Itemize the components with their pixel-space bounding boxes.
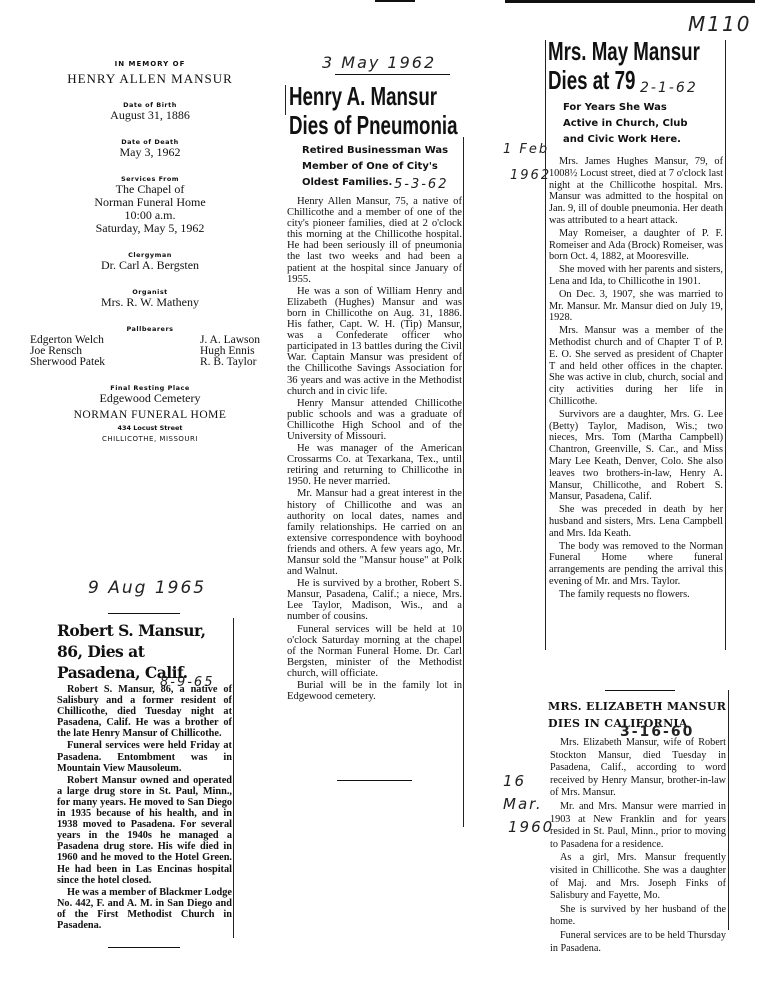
divider	[605, 690, 675, 691]
henry-subhead: Retired Businessman Was Member of One of…	[302, 143, 482, 191]
article-paragraph: Robert Mansur owned and operated a large…	[57, 775, 232, 886]
article-paragraph: She was preceded in death by her husband…	[549, 504, 723, 539]
article-paragraph: Mrs. James Hughes Mansur, 79, of 1008½ L…	[549, 156, 723, 227]
column-rule	[725, 40, 726, 650]
headline-line: Robert S. Mansur,	[57, 620, 237, 641]
pallbearer-name: R. B. Taylor	[200, 357, 260, 368]
handwritten-short-date: 2-1-62	[640, 80, 698, 96]
card-deceased-name: HENRY ALLEN MANSUR	[40, 72, 260, 85]
column-rule	[285, 85, 286, 115]
robert-body: Robert S. Mansur, 86, a native of Salisb…	[57, 684, 232, 932]
article-paragraph: He was manager of the American Crossarms…	[287, 443, 462, 487]
resting-place: Edgewood Cemetery	[40, 392, 260, 405]
subhead-line: Oldest Families.	[302, 175, 482, 191]
headline-line: Dies of Pneumonia	[289, 112, 440, 138]
article-paragraph: As a girl, Mrs. Mansur frequently visite…	[550, 852, 726, 902]
subhead-line: For Years She Was	[563, 100, 723, 116]
card-section-value: Mrs. R. W. Matheny	[40, 296, 260, 309]
subhead-line: and Civic Work Here.	[563, 132, 723, 148]
handwritten-date: Mar.	[503, 795, 543, 813]
handwritten-date: 1960	[508, 818, 554, 836]
headline-line: Henry A. Mansur	[289, 83, 440, 109]
subhead-line: Member of One of City's	[302, 159, 482, 175]
article-paragraph: On Dec. 3, 1907, she was married to Mr. …	[549, 289, 723, 324]
card-section-value: August 31, 1886	[40, 109, 260, 122]
article-paragraph: Funeral services will be held at 10 o'cl…	[287, 624, 462, 679]
robert-clipping: Robert S. Mansur, 86, Dies at Pasadena, …	[57, 620, 237, 683]
article-paragraph: Henry Mansur attended Chillicothe public…	[287, 398, 462, 442]
article-paragraph: Robert S. Mansur, 86, a native of Salisb…	[57, 684, 232, 739]
headline-line: Mrs. May Mansur	[548, 38, 678, 64]
henry-body: Henry Allen Mansur, 75, a native of Chil…	[287, 196, 462, 703]
divider	[335, 74, 450, 75]
pallbearer-name: Sherwood Patek	[30, 357, 105, 368]
handwritten-date: 3 May 1962	[322, 53, 436, 72]
divider	[337, 780, 412, 781]
article-paragraph: The family requests no flowers.	[549, 589, 723, 601]
article-paragraph: Mr. Mansur had a great interest in the h…	[287, 488, 462, 577]
article-paragraph: Mrs. Elizabeth Mansur, wife of Robert St…	[550, 737, 726, 800]
elizabeth-body: Mrs. Elizabeth Mansur, wife of Robert St…	[550, 737, 726, 956]
may-body: Mrs. James Hughes Mansur, 79, of 1008½ L…	[549, 156, 723, 601]
headline-line: MRS. ELIZABETH MANSUR	[548, 698, 733, 715]
article-paragraph: Mr. and Mrs. Mansur were married in 1903…	[550, 801, 726, 851]
subhead-line: Retired Businessman Was	[302, 143, 482, 159]
article-paragraph: He is survived by a brother, Robert S. M…	[287, 578, 462, 622]
handwritten-date: 16	[503, 772, 526, 790]
article-paragraph: He was a son of William Henry and Elizab…	[287, 286, 462, 397]
article-paragraph: Funeral services are to be held Thursday…	[550, 930, 726, 955]
article-paragraph: Survivors are a daughter, Mrs. G. Lee (B…	[549, 409, 723, 503]
divider	[108, 613, 180, 614]
article-paragraph: Mrs. Mansur was a member of the Methodis…	[549, 325, 723, 408]
card-section-value: May 3, 1962	[40, 146, 260, 159]
memorial-card: IN MEMORY OF HENRY ALLEN MANSUR Date of …	[40, 60, 260, 443]
article-paragraph: Henry Allen Mansur, 75, a native of Chil…	[287, 196, 462, 285]
scan-border	[505, 0, 755, 3]
divider	[108, 947, 180, 948]
column-rule	[545, 40, 546, 650]
funeral-home-address: 434 Locust Street	[40, 424, 260, 432]
scan-border	[375, 0, 415, 2]
article-paragraph: Burial will be in the family lot in Edge…	[287, 680, 462, 702]
handwritten-date: 1 Feb	[503, 142, 549, 157]
handwritten-short-date: 5-3-62	[394, 177, 448, 192]
article-paragraph: She is survived by her husband of the ho…	[550, 904, 726, 929]
pallbearers-list: Edgerton WelchJoe RenschSherwood Patek J…	[22, 335, 260, 368]
handwritten-date: 1962	[510, 168, 551, 183]
may-subhead: For Years She Was Active in Church, Club…	[563, 100, 723, 148]
funeral-home-name: NORMAN FUNERAL HOME	[40, 409, 260, 421]
article-paragraph: May Romeiser, a daughter of P. F. Romeis…	[549, 228, 723, 263]
article-paragraph: The body was removed to the Norman Funer…	[549, 541, 723, 588]
may-headline: Mrs. May Mansur Dies at 79	[548, 38, 728, 93]
article-paragraph: She moved with her parents and sisters, …	[549, 264, 723, 288]
henry-headline: Henry A. Mansur Dies of Pneumonia	[289, 83, 499, 138]
article-paragraph: Funeral services were held Friday at Pas…	[57, 740, 232, 773]
column-rule	[463, 137, 464, 827]
headline-line: 86, Dies at	[57, 641, 237, 662]
card-heading: IN MEMORY OF	[40, 60, 260, 68]
pallbearers-right: J. A. LawsonHugh EnnisR. B. Taylor	[200, 335, 260, 368]
article-paragraph: He was a member of Blackmer Lodge No. 44…	[57, 887, 232, 931]
card-section-value: Saturday, May 5, 1962	[40, 222, 260, 235]
card-sections: Date of BirthAugust 31, 1886Date of Deat…	[40, 101, 260, 309]
pallbearers-left: Edgerton WelchJoe RenschSherwood Patek	[30, 335, 105, 368]
funeral-home-city: CHILLICOTHE, MISSOURI	[40, 435, 260, 443]
robert-headline: Robert S. Mansur, 86, Dies at Pasadena, …	[57, 620, 237, 683]
subhead-line: Active in Church, Club	[563, 116, 723, 132]
handwritten-date: 9 Aug 1965	[88, 578, 206, 598]
page-annotation: M110	[688, 12, 751, 36]
pallbearers-label: Pallbearers	[40, 325, 260, 333]
card-section-value: Dr. Carl A. Bergsten	[40, 259, 260, 272]
